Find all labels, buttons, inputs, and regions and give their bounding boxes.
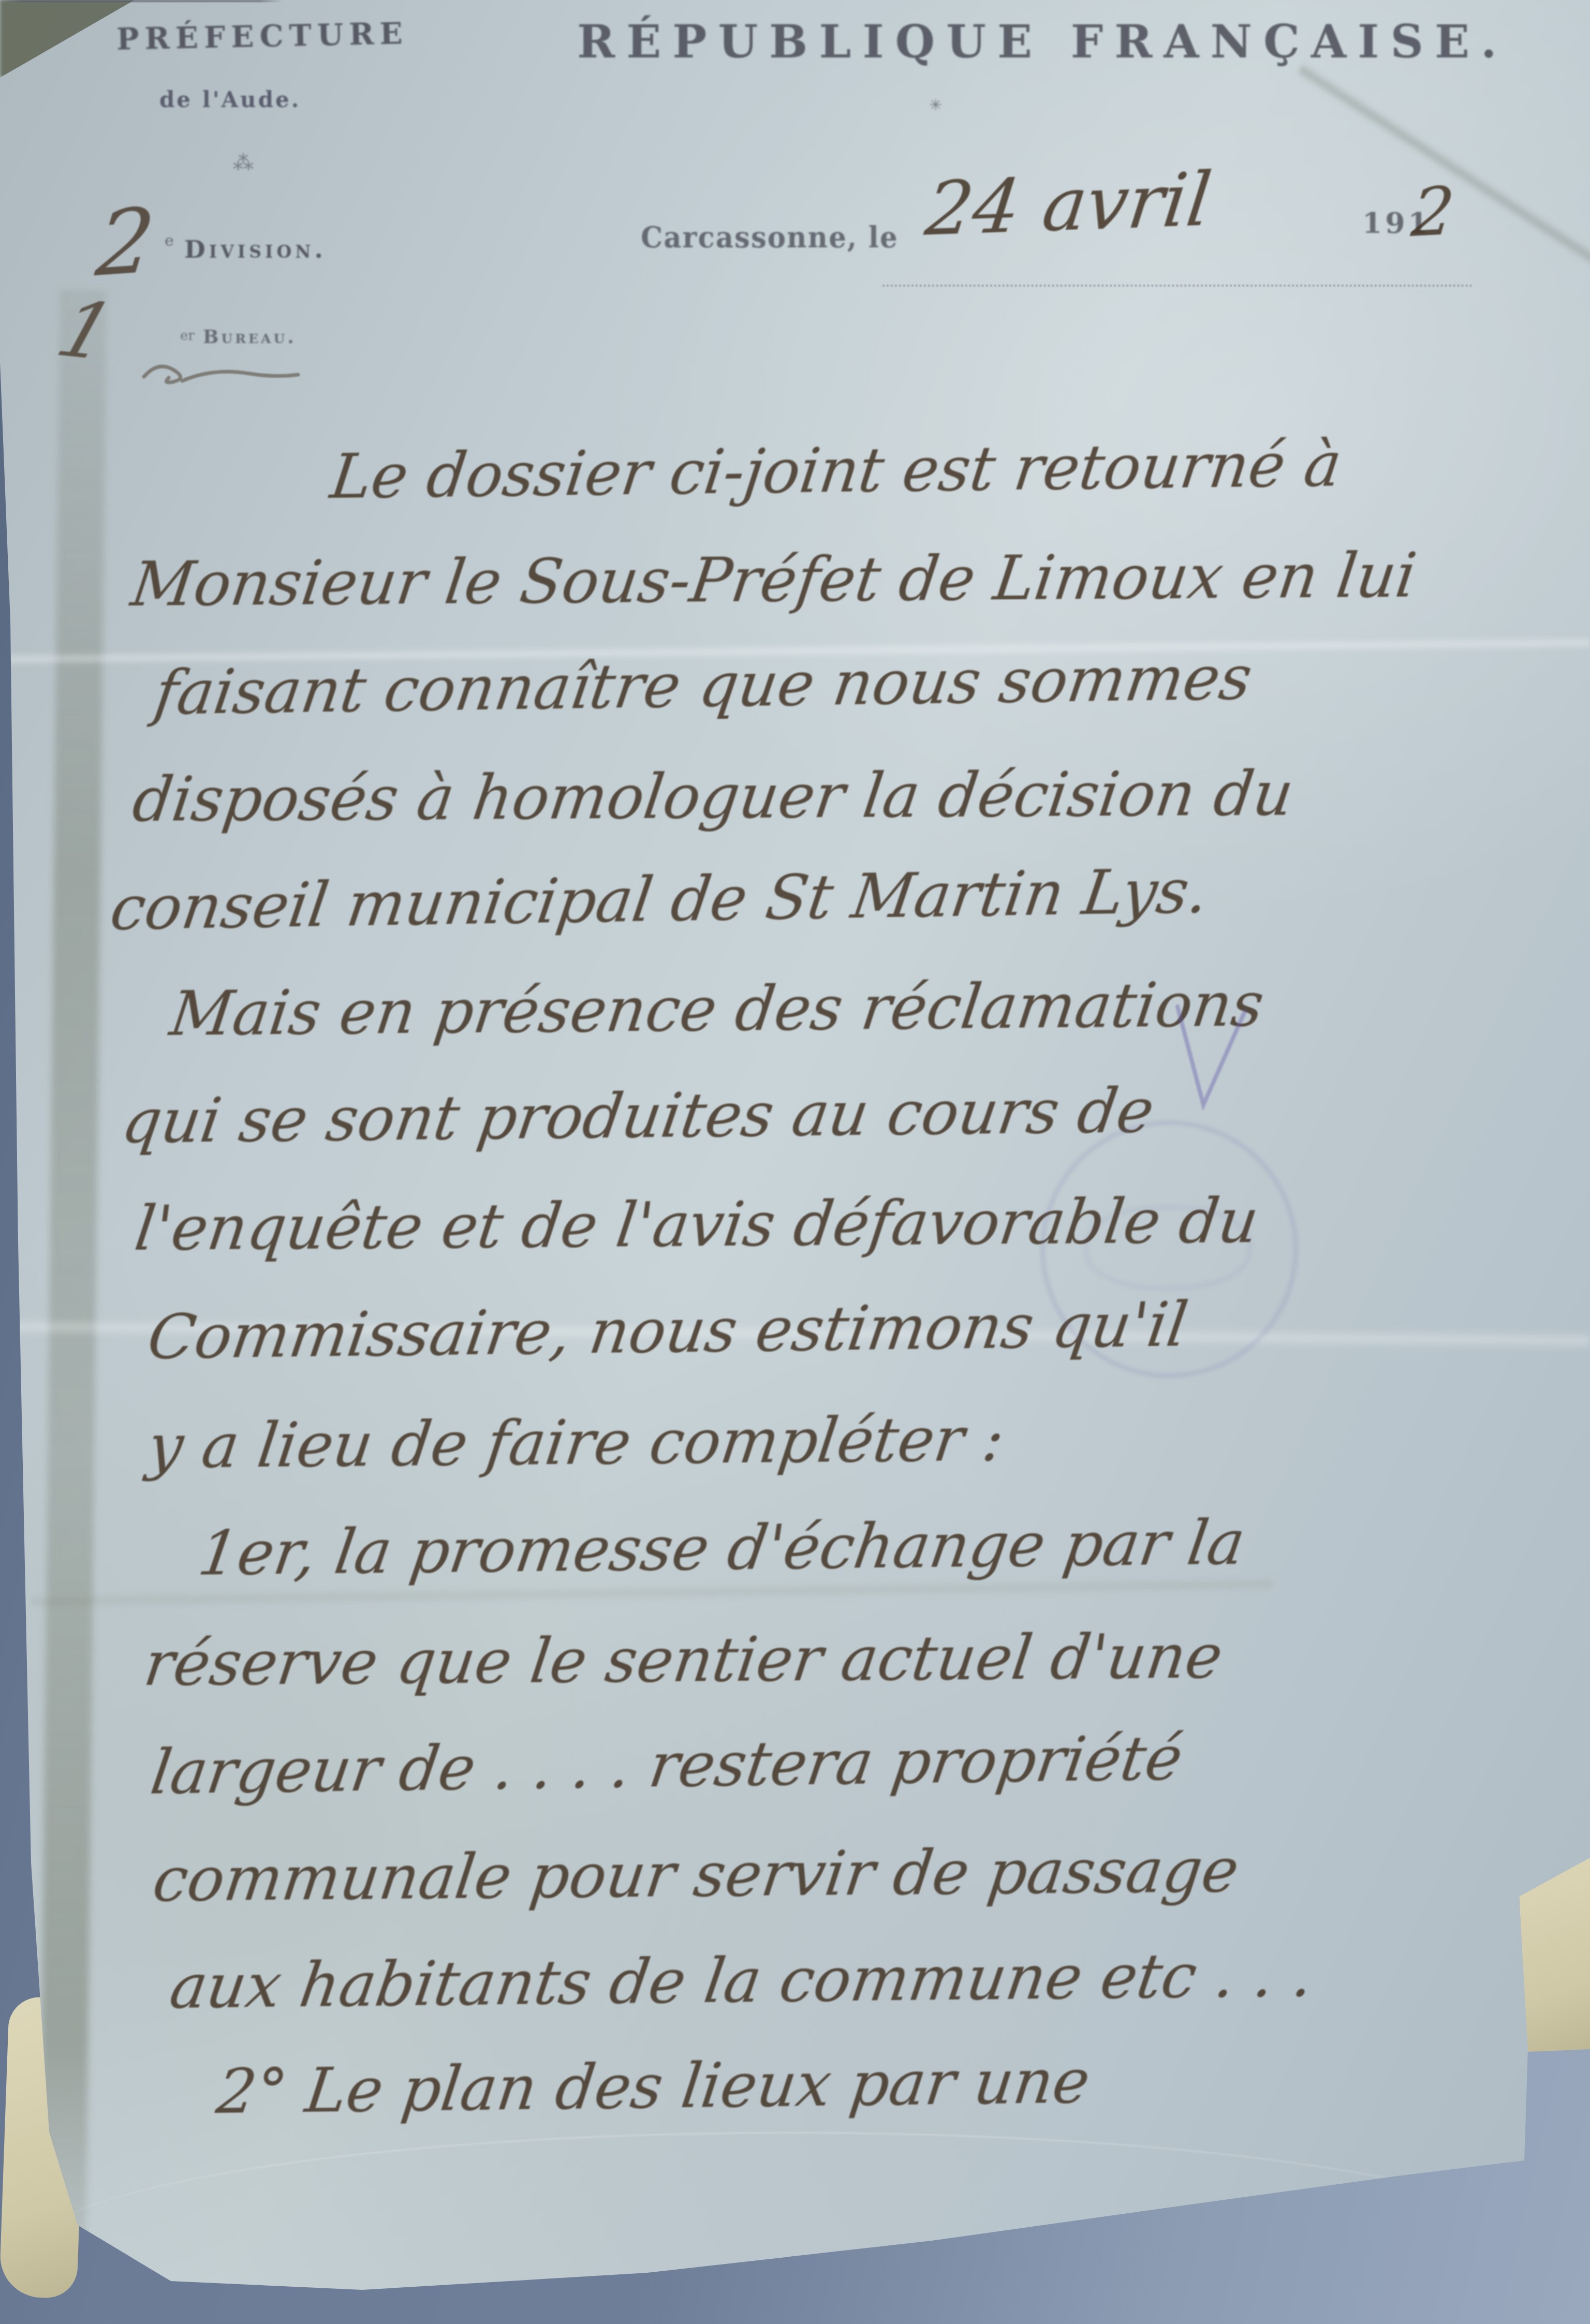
top-left-corner-shadow: [0, 0, 135, 78]
light-scratch-bottom: [21, 2132, 1563, 2258]
body-line: Monsieur le Sous-Préfet de Limoux en lui: [127, 540, 1421, 620]
stamp-ink-mark: [1167, 1001, 1250, 1115]
republique-title: RÉPUBLIQUE FRANÇAISE.: [577, 14, 1508, 68]
letter-page: PRÉFECTURE de l'Aude. ⁂ 2 e Division. 1 …: [0, 0, 1590, 2324]
body-line: Commissaire, nous estimons qu'il: [143, 1289, 1192, 1373]
header-divider-rule: [0, 0, 282, 2]
bureau-number-handwritten: 1: [47, 285, 125, 377]
body-line: 2° Le plan des lieux par une: [213, 2045, 1094, 2127]
dateline-place-printed: Carcassonne, le: [641, 220, 899, 254]
body-line: faisant connaître que nous sommes: [150, 642, 1256, 729]
header-ornament: ⁂: [233, 151, 254, 175]
body-line: qui se sont produites au cours de: [117, 1075, 1159, 1157]
body-line: Mais en présence des réclamations: [166, 968, 1268, 1049]
body-line: 1er, la promesse d'échange par la: [194, 1507, 1249, 1589]
body-line: réserve que le sentier actuel d'une: [140, 1620, 1227, 1699]
pink-smudge-bottom: [1201, 2256, 1237, 2324]
division-label: Division.: [184, 235, 327, 264]
dateline-year-digit-handwritten: 2: [1408, 172, 1457, 252]
dateline-dotted-rule: [882, 259, 1473, 287]
vertical-fold-left-margin: [39, 290, 106, 2236]
body-line: Le dossier ci-joint est retourné à: [327, 428, 1346, 512]
prefecture-subtitle: de l'Aude.: [159, 87, 301, 112]
body-line: largeur de . . . . restera propriété: [146, 1722, 1187, 1808]
division-ordinal-suffix: e: [165, 232, 174, 250]
body-line: disposés à homologuer la décision du: [129, 758, 1298, 835]
bureau-label: Bureau.: [203, 326, 297, 348]
flourish-mark: [141, 356, 301, 397]
dateline-date-handwritten: 24 avril: [921, 156, 1216, 252]
bureau-ordinal-suffix: er: [180, 328, 195, 344]
prefecture-title: PRÉFECTURE: [116, 16, 408, 57]
body-line: communale pour servir de passage: [149, 1834, 1243, 1915]
photograph-of-letter: { "header": { "prefecture_line1": "PRÉFE…: [0, 0, 1590, 2324]
divider-star-icon: ✳: [929, 96, 942, 114]
faint-stamp-inner-ring: [1084, 1206, 1251, 1290]
body-line: y a lieu de faire compléter :: [144, 1403, 1008, 1482]
body-line: aux habitants de la commune etc . . .: [166, 1939, 1318, 2022]
division-number-handwritten: 2: [92, 188, 159, 297]
body-line: conseil municipal de St Martin Lys.: [106, 855, 1213, 944]
